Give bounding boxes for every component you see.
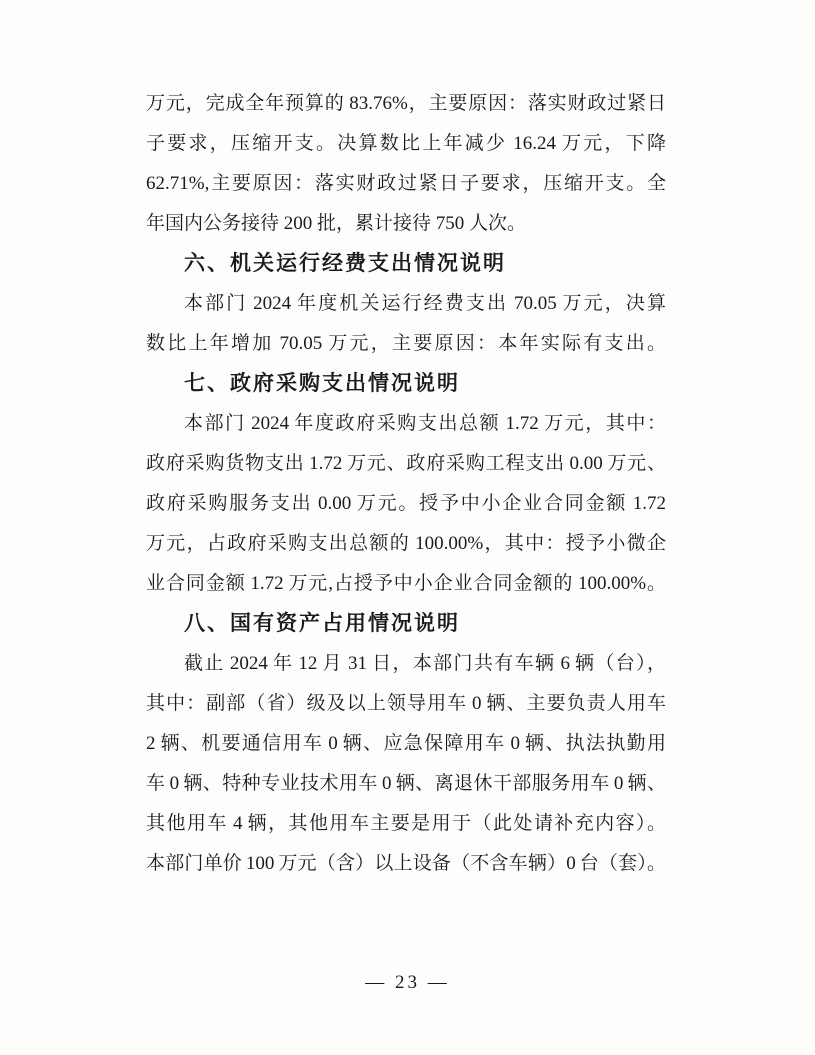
text-line: 其中：副部（省）级及以上领导用车 0 辆、主要负责人用车: [146, 684, 666, 724]
section-heading: 八、国有资产占用情况说明: [146, 604, 666, 644]
text-line: 2 辆、机要通信用车 0 辆、应急保障用车 0 辆、执法执勤用: [146, 724, 666, 764]
text-line: 本部门 2024 年度机关运行经费支出 70.05 万元，决算: [146, 284, 666, 324]
text-line: 截止 2024 年 12 月 31 日，本部门共有车辆 6 辆（台），: [146, 644, 666, 684]
text-line: 年国内公务接待 200 批，累计接待 750 人次。: [146, 204, 666, 244]
text-line: 本部门 2024 年度政府采购支出总额 1.72 万元，其中：: [146, 404, 666, 444]
text-line: 万元，完成全年预算的 83.76%，主要原因：落实财政过紧日: [146, 84, 666, 124]
text-line: 子要求，压缩开支。决算数比上年减少 16.24 万元，下降: [146, 124, 666, 164]
page-number: — 23 —: [0, 972, 815, 994]
section-heading: 七、政府采购支出情况说明: [146, 364, 666, 404]
text-line: 其他用车 4 辆，其他用车主要是用于（此处请补充内容）。: [146, 804, 666, 844]
text-line: 万元，占政府采购支出总额的 100.00%，其中：授予小微企: [146, 524, 666, 564]
text-line: 政府采购服务支出 0.00 万元。授予中小企业合同金额 1.72: [146, 484, 666, 524]
scanned-document-page: 万元，完成全年预算的 83.76%，主要原因：落实财政过紧日子要求，压缩开支。决…: [0, 0, 815, 1055]
text-line: 数比上年增加 70.05 万元，主要原因：本年实际有支出。: [146, 324, 666, 364]
text-line: 业合同金额 1.72 万元,占授予中小企业合同金额的 100.00%。: [146, 564, 666, 604]
text-line: 62.71%,主要原因：落实财政过紧日子要求，压缩开支。全: [146, 164, 666, 204]
document-body: 万元，完成全年预算的 83.76%，主要原因：落实财政过紧日子要求，压缩开支。决…: [146, 84, 666, 884]
text-line: 本部门单价 100 万元（含）以上设备（不含车辆）0 台（套）。: [146, 844, 666, 884]
text-line: 车 0 辆、特种专业技术用车 0 辆、离退休干部服务用车 0 辆、: [146, 764, 666, 804]
section-heading: 六、机关运行经费支出情况说明: [146, 244, 666, 284]
text-line: 政府采购货物支出 1.72 万元、政府采购工程支出 0.00 万元、: [146, 444, 666, 484]
